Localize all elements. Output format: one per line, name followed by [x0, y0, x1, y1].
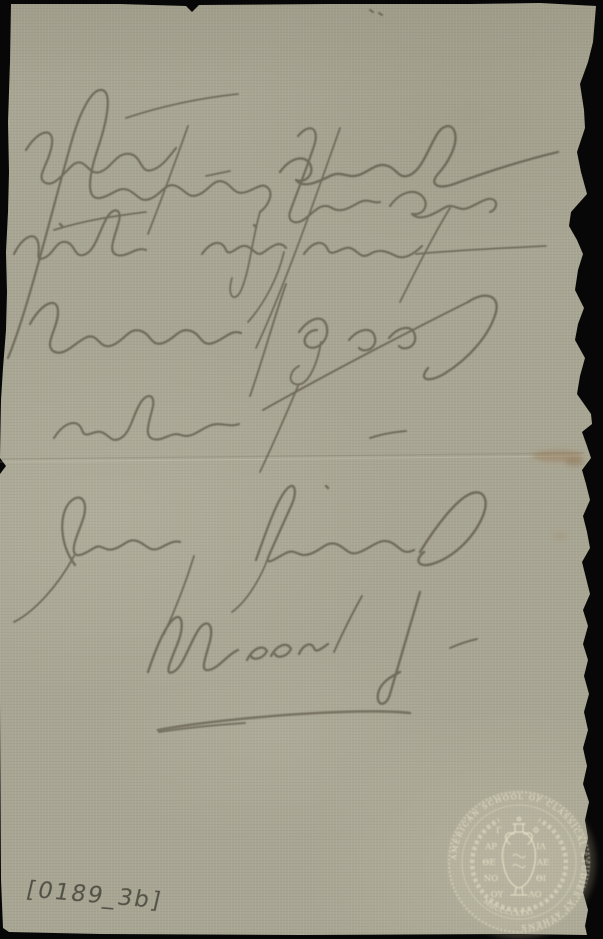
scan-surface: AMERICAN SCHOOL OF CLASSICAL STUDIES AT …: [0, 0, 603, 939]
letter-paper: [0, 0, 603, 939]
